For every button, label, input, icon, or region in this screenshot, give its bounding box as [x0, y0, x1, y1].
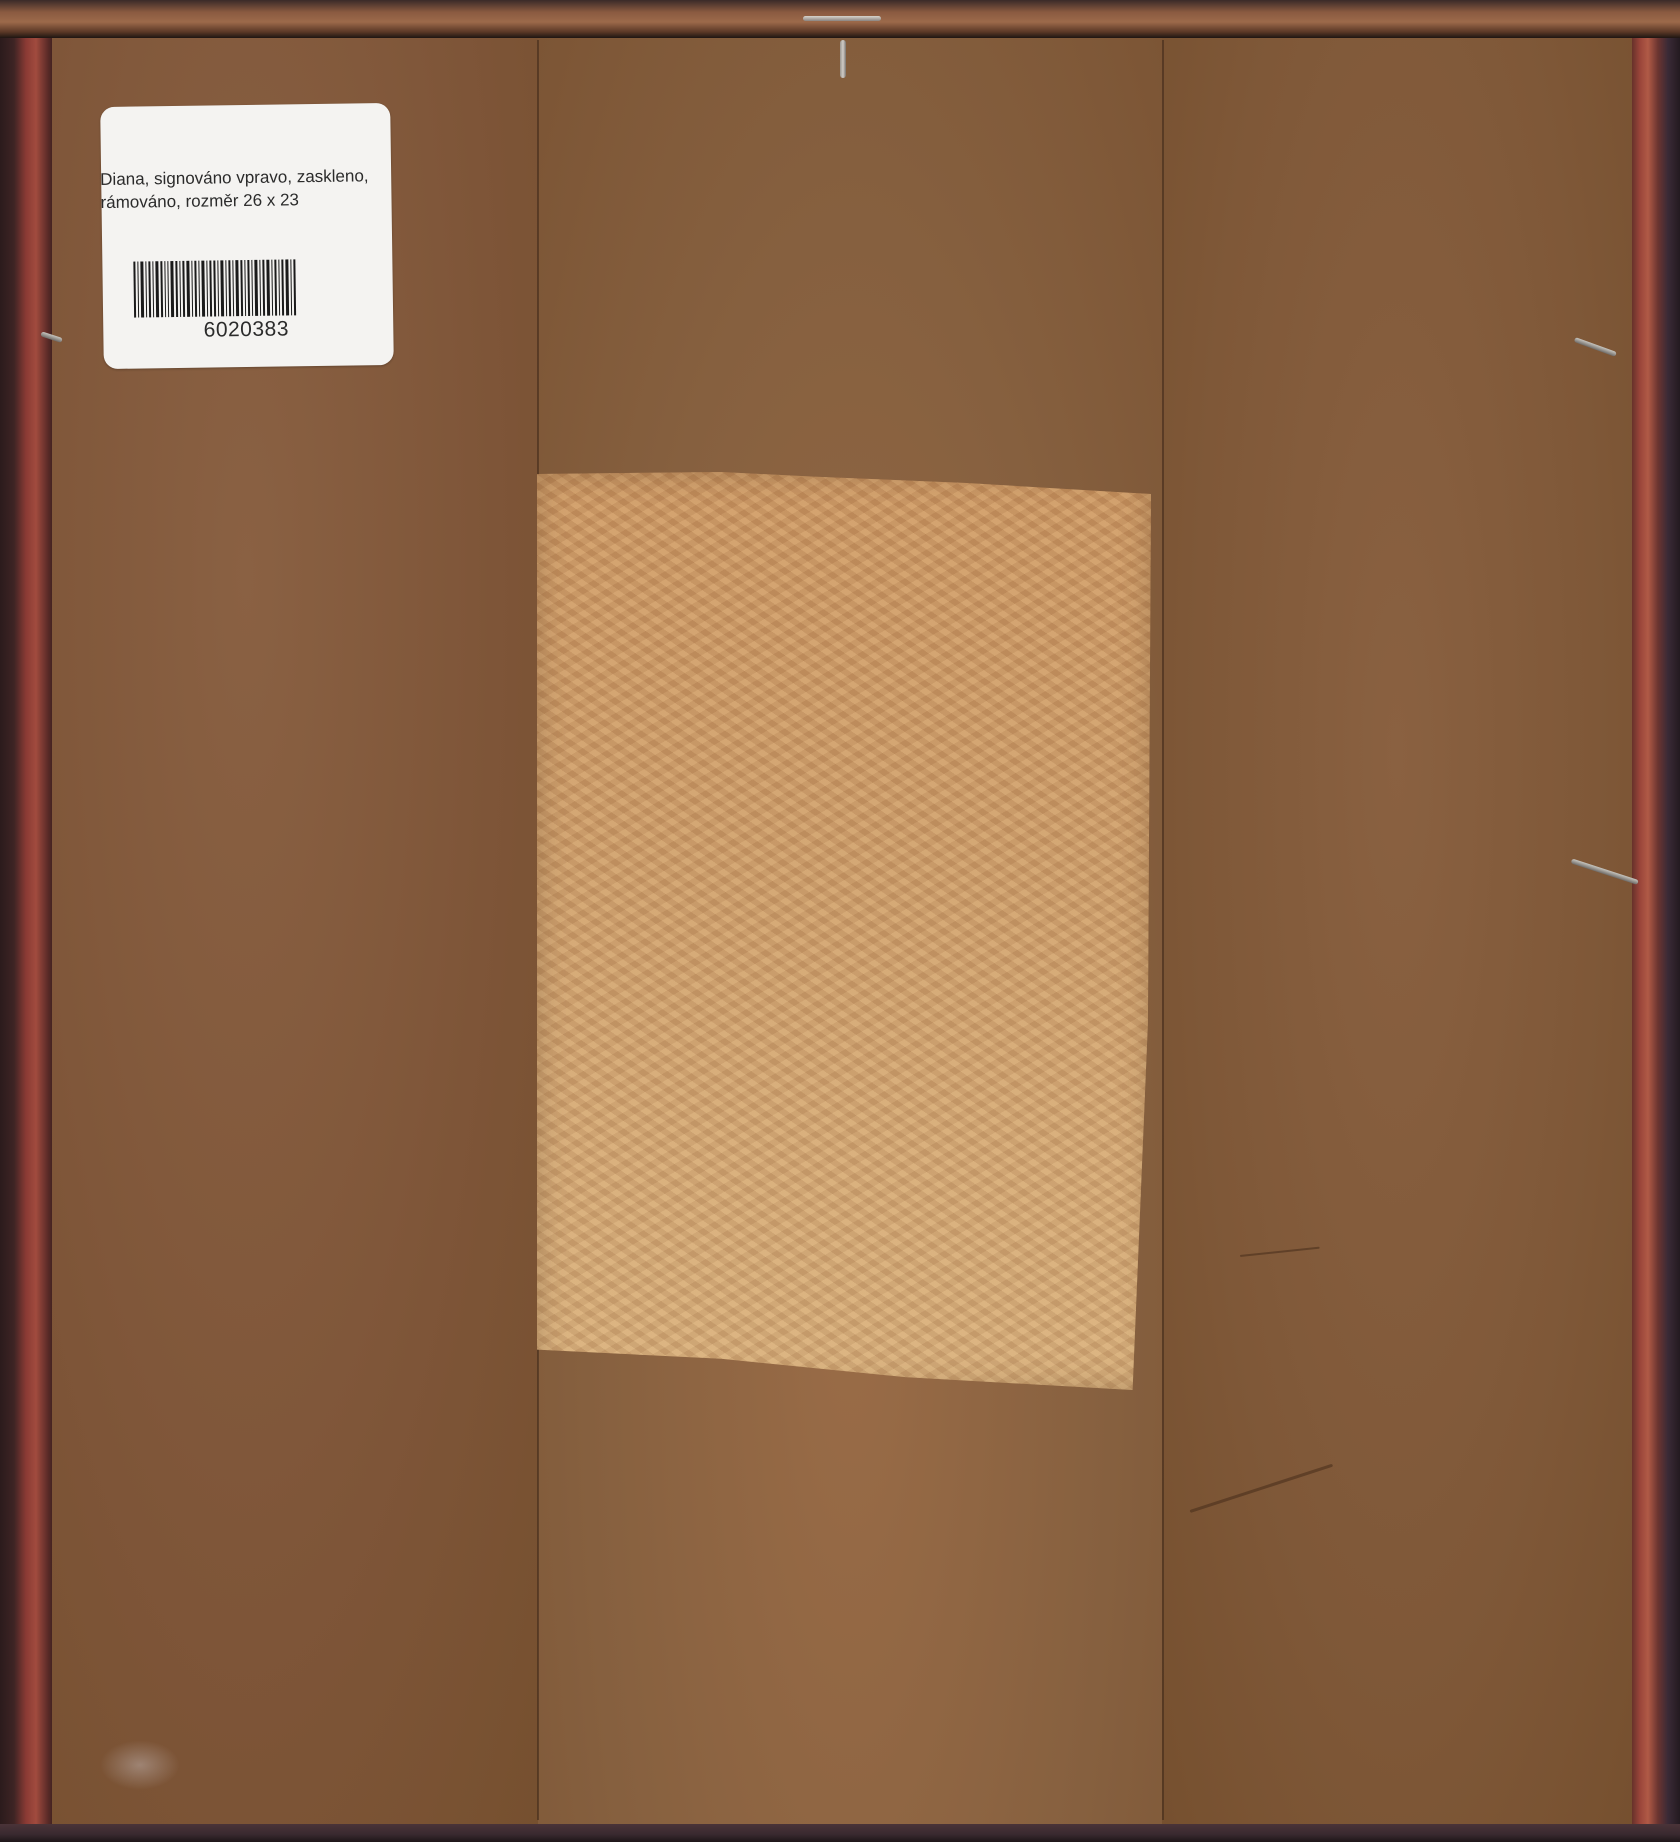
center-inset-panel: [537, 472, 1151, 1390]
barcode-number: 6020383: [103, 316, 389, 344]
paper-seam-right: [1162, 40, 1164, 1820]
inventory-label: Diana, signováno vpravo, zaskleno, rámov…: [100, 103, 394, 369]
frame-bottom: [0, 1824, 1680, 1842]
label-description: Diana, signováno vpravo, zaskleno, rámov…: [100, 164, 387, 214]
paper-strip-right: [1162, 38, 1632, 1824]
hanger-pin-icon: [840, 40, 846, 78]
hanger-wire-icon: [803, 16, 881, 21]
frame-right: [1630, 0, 1680, 1842]
paper-stain: [100, 1740, 180, 1790]
barcode-icon: [133, 259, 334, 318]
